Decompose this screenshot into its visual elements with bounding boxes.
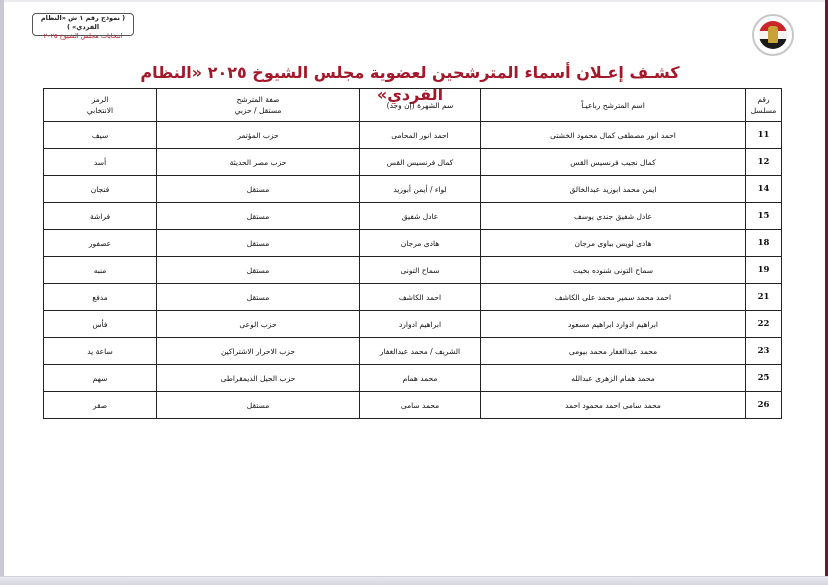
cell-symbol: أسد [44, 149, 157, 176]
cell-full-name: عادل شفيق جندى يوسف [481, 203, 746, 230]
cell-symbol: ساعة يد [44, 338, 157, 365]
form-number-badge: ( نموذج رقم ١ ش «النظام الفردي» ) انتخاب… [32, 13, 134, 36]
cell-full-name: احمد انور مصطفى كمال محمود الخشتى [481, 122, 746, 149]
cell-full-name: هادى لويس بباوى مرجان [481, 230, 746, 257]
cell-popular-name: سماح التونى [360, 257, 481, 284]
cell-full-name: محمد عبدالغفار محمد بيومى [481, 338, 746, 365]
cell-serial: 14 [746, 176, 782, 203]
table-header-row: رقم مسلسل اسم المترشح رباعيـاً سم الشهرة… [44, 89, 782, 122]
cell-popular-name: هادى مرجان [360, 230, 481, 257]
cell-popular-name: كمال فرنسيس القس [360, 149, 481, 176]
cell-status: مستقل [157, 203, 360, 230]
cell-serial: 22 [746, 311, 782, 338]
cell-full-name: سماح التونى شنوده بخيت [481, 257, 746, 284]
cell-serial: 15 [746, 203, 782, 230]
cell-full-name: محمد سامى احمد محمود احمد [481, 392, 746, 419]
cell-symbol: سيف [44, 122, 157, 149]
cell-symbol: عصفور [44, 230, 157, 257]
cell-serial: 18 [746, 230, 782, 257]
cell-symbol: منبه [44, 257, 157, 284]
header-candidate-status: صفة المترشح مستقل / حزبي [157, 89, 360, 122]
cell-symbol: صقر [44, 392, 157, 419]
cell-popular-name: عادل شفيق [360, 203, 481, 230]
cell-symbol: فراشة [44, 203, 157, 230]
cell-status: حزب الجيل الديمقراطى [157, 365, 360, 392]
cell-serial: 26 [746, 392, 782, 419]
cell-serial: 23 [746, 338, 782, 365]
table-row: 11 احمد انور مصطفى كمال محمود الخشتى احم… [44, 122, 782, 149]
cell-status: حزب الاحرار الاشتراكين [157, 338, 360, 365]
cell-serial: 21 [746, 284, 782, 311]
table-row: 14 ايمن محمد ابوزيد عبدالخالق لواء / أيم… [44, 176, 782, 203]
horizontal-scrollbar[interactable] [0, 576, 828, 585]
form-number-label: ( نموذج رقم ١ ش «النظام الفردي» ) [33, 14, 133, 32]
cell-popular-name: لواء / أيمن أبوزيد [360, 176, 481, 203]
cell-popular-name: احمد الكاشف [360, 284, 481, 311]
table-row: 18 هادى لويس بباوى مرجان هادى مرجان مستق… [44, 230, 782, 257]
election-name-label: انتخابات مجلس الشيوخ ٢٠٢٥ [33, 32, 133, 41]
cell-popular-name: الشريف / محمد عبدالغفار [360, 338, 481, 365]
cell-popular-name: محمد سامى [360, 392, 481, 419]
cell-popular-name: احمد انور المحامى [360, 122, 481, 149]
table-row: 25 محمد همام الزهرى عبدالله محمد همام حز… [44, 365, 782, 392]
cell-full-name: كمال نجيب فرنسيس القس [481, 149, 746, 176]
table-row: 26 محمد سامى احمد محمود احمد محمد سامى م… [44, 392, 782, 419]
header-full-name: اسم المترشح رباعيـاً [481, 89, 746, 122]
header-serial: رقم مسلسل [746, 89, 782, 122]
page-top-edge [0, 0, 828, 2]
table-row: 12 كمال نجيب فرنسيس القس كمال فرنسيس الق… [44, 149, 782, 176]
header-popular-name: سم الشهرة (إن وجد) [360, 89, 481, 122]
candidates-table: رقم مسلسل اسم المترشح رباعيـاً سم الشهرة… [43, 88, 782, 419]
table-row: 19 سماح التونى شنوده بخيت سماح التونى مس… [44, 257, 782, 284]
header-electoral-symbol: الرمز الانتخابي [44, 89, 157, 122]
cell-full-name: ايمن محمد ابوزيد عبدالخالق [481, 176, 746, 203]
cell-status: مستقل [157, 392, 360, 419]
cell-popular-name: ابراهيم ادوارد [360, 311, 481, 338]
table-row: 23 محمد عبدالغفار محمد بيومى الشريف / مح… [44, 338, 782, 365]
cell-status: مستقل [157, 257, 360, 284]
egypt-eagle-emblem-icon [752, 14, 794, 56]
cell-symbol: سهم [44, 365, 157, 392]
table-row: 15 عادل شفيق جندى يوسف عادل شفيق مستقل ف… [44, 203, 782, 230]
cell-full-name: محمد همام الزهرى عبدالله [481, 365, 746, 392]
cell-status: مستقل [157, 176, 360, 203]
cell-status: حزب المؤتمر [157, 122, 360, 149]
cell-status: حزب الوعى [157, 311, 360, 338]
cell-full-name: ابراهيم ادوارد ابراهيم مسعود [481, 311, 746, 338]
cell-serial: 19 [746, 257, 782, 284]
cell-symbol: فنجان [44, 176, 157, 203]
table-row: 22 ابراهيم ادوارد ابراهيم مسعود ابراهيم … [44, 311, 782, 338]
cell-serial: 25 [746, 365, 782, 392]
cell-symbol: مدفع [44, 284, 157, 311]
cell-serial: 12 [746, 149, 782, 176]
cell-symbol: فأس [44, 311, 157, 338]
cell-serial: 11 [746, 122, 782, 149]
cell-popular-name: محمد همام [360, 365, 481, 392]
cell-status: مستقل [157, 284, 360, 311]
table-row: 21 احمد محمد سمير محمد على الكاشف احمد ا… [44, 284, 782, 311]
cell-status: حزب مصر الحديثة [157, 149, 360, 176]
cell-status: مستقل [157, 230, 360, 257]
window-left-border [0, 0, 4, 585]
cell-full-name: احمد محمد سمير محمد على الكاشف [481, 284, 746, 311]
